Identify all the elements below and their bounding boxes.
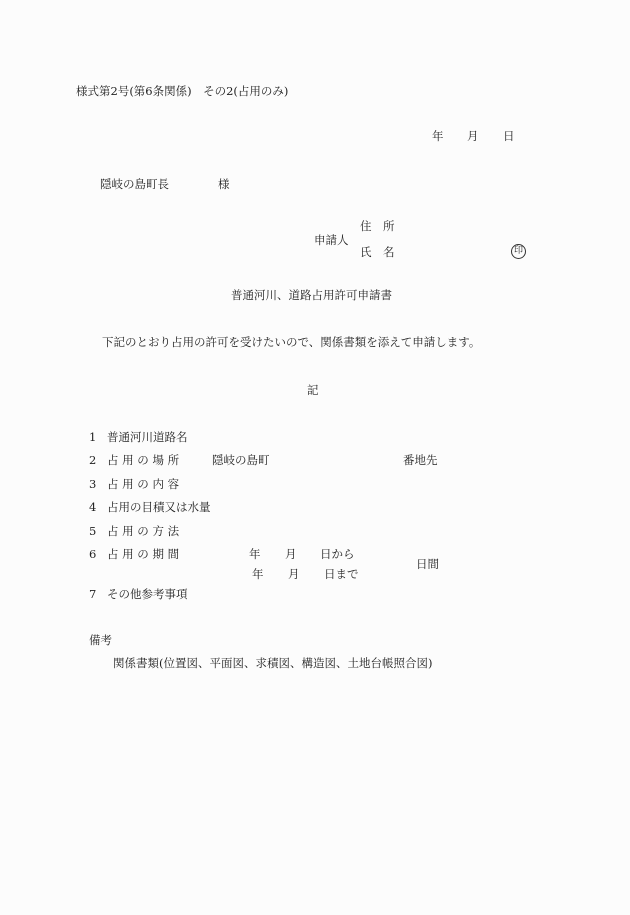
period-to-year: 年 [252,567,264,581]
form-header: 様式第2号(第6条関係) その2(占用のみ) [76,84,288,98]
item-suffix: 番地先 [403,453,438,467]
date-year-label: 年 [432,129,444,143]
item-number: 1 [89,430,96,444]
item-label: 普通河川道路名 [107,430,188,444]
period-to-month: 月 [288,567,300,581]
period-duration: 日間 [416,557,439,571]
item-label: 占 用 の 期 間 [107,547,179,561]
item-label: 占 用 の 方 法 [107,524,179,538]
period-to-day: 日まで [324,567,359,581]
intro-text: 下記のとおり占用の許可を受けたいので、関係書類を添えて申請します。 [102,335,480,349]
item-label: 占用の目積又は水量 [107,500,211,514]
period-from-day: 日から [320,547,355,561]
item-number: 3 [89,477,96,491]
seal-icon: 印 [511,244,526,259]
ki-heading: 記 [307,383,319,397]
remarks-text: 関係書類(位置図、平面図、求積図、構造図、土地台帳照合図) [113,656,432,670]
name-label: 氏 名 [360,245,395,259]
date-month-label: 月 [467,129,479,143]
period-from-year: 年 [249,547,261,561]
period-from-month: 月 [285,547,297,561]
item-label: その他参考事項 [107,587,188,601]
item-label: 占 用 の 場 所 [107,453,179,467]
date-day-label: 日 [503,129,515,143]
item-number: 6 [89,547,96,561]
addressee-honorific: 様 [218,177,230,191]
item-number: 4 [89,500,96,514]
addressee-name: 隠岐の島町長 [100,177,169,191]
document-title: 普通河川、道路占用許可申請書 [231,288,392,302]
item-number: 5 [89,524,96,538]
item-label: 占 用 の 内 容 [107,477,179,491]
remarks-heading: 備考 [89,633,112,647]
item-number: 2 [89,453,96,467]
address-label: 住 所 [360,219,395,233]
applicant-label: 申請人 [314,233,349,247]
item-number: 7 [89,587,96,601]
item-value: 隠岐の島町 [212,453,270,467]
